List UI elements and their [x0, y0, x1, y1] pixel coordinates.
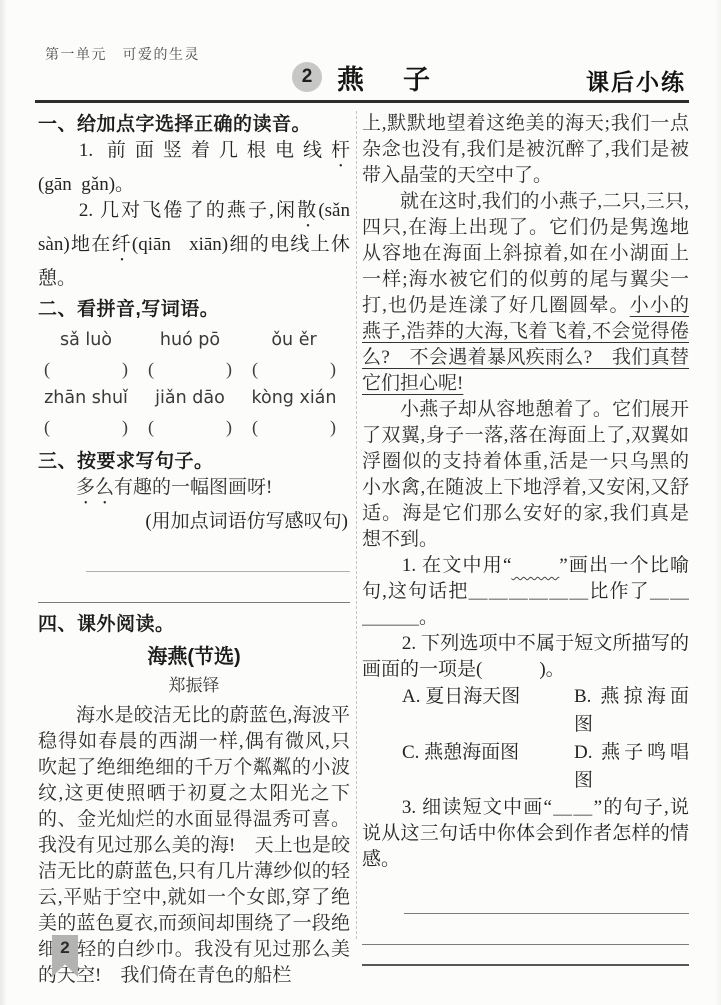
option-c: C. 燕憩海面图 — [402, 739, 574, 795]
answer-bracket: ( ) — [34, 413, 138, 442]
section3-heading: 三、按要求写句子。 — [38, 448, 350, 475]
option-a: A. 夏日海天图 — [402, 683, 574, 739]
example-rest: 有趣的一幅图画呀! — [114, 477, 272, 498]
question-1-text: 1. 在文中用“ — [402, 555, 512, 576]
item1-pinyin-choice: (gān gǎn)。 — [38, 174, 134, 195]
answer-line — [38, 572, 350, 603]
question-1: 1. 在文中用“ ”画出一个比喻句,这句话把＿＿＿＿＿＿比作了＿＿＿＿＿。 — [362, 553, 689, 631]
item2-dotted-char-2: 纤 — [112, 234, 132, 255]
passage-paragraph-1-left: 海水是皎洁无比的蔚蓝色,海波平稳得如春晨的西湖一样,偶有微风,只吹起了绝细绝细的… — [38, 703, 350, 989]
answer-line — [404, 873, 689, 914]
item2-text: 2. 几对飞倦了的燕子,闲 — [79, 200, 297, 221]
section1-item1: 1. 前面竖着几根电线杆(gān gǎn)。 — [38, 138, 350, 198]
section2-heading: 二、看拼音,写词语。 — [38, 296, 350, 323]
wavy-line-blank — [511, 555, 559, 576]
item1-dotted-char: 杆 — [331, 140, 350, 161]
lesson-header: 2 燕 子 课后小练 — [0, 61, 721, 99]
pinyin-word: kòng xián — [242, 384, 346, 413]
straight-line-blank: ＿＿ — [552, 797, 594, 818]
lesson-title: 燕 子 — [337, 58, 436, 97]
pinyin-word: zhān shuǐ — [34, 384, 138, 413]
example-dotted-words: 多么 — [76, 477, 114, 498]
item1-text: 1. 前面竖着几根电线 — [79, 140, 331, 161]
example-sentence: 多么有趣的一幅图画呀! — [38, 475, 350, 509]
question-3: 3. 细读短文中画“＿＿”的句子,说说从这三句话中你体会到作者怎样的情感。 — [362, 795, 689, 873]
pinyin-exercise: sǎ luò huó pō ǒu ěr ( ) ( ) ( ) zhān shu… — [34, 326, 346, 442]
question-3-text: 3. 细读短文中画“ — [402, 797, 552, 818]
option-b: B. 燕掠海面图 — [574, 683, 689, 739]
practice-badge: 课后小练 — [586, 64, 686, 97]
pinyin-word: huó pō — [138, 326, 242, 355]
exercise-hint: (用加点词语仿写感叹句) — [38, 509, 350, 535]
passage-paragraph-2: 就在这时,我们的小燕子,二只,三只,四只,在海上出现了。它们仍是隽逸地从容地在海… — [362, 189, 689, 397]
question-2-options: A. 夏日海天图 B. 燕掠海面图 C. 燕憩海面图 D. 燕子鸣唱图 — [362, 683, 689, 795]
lesson-number-badge: 2 — [292, 62, 322, 92]
answer-line — [362, 914, 689, 945]
passage-paragraph-3: 小燕子却从容地憩着了。它们展开了双翼,身子一落,落在海面上了,双翼如浮圈似的支持… — [362, 397, 689, 553]
section1-heading: 一、给加点字选择正确的读音。 — [38, 111, 350, 138]
header-rule — [35, 100, 689, 103]
column-divider — [356, 111, 357, 939]
question-1-text: 比作了 — [589, 581, 649, 602]
answer-bracket: ( ) — [242, 413, 346, 442]
answer-bracket: ( ) — [34, 355, 138, 384]
pinyin-word: ǒu ěr — [242, 326, 346, 355]
answer-bracket: ( ) — [138, 413, 242, 442]
two-column-body: 一、给加点字选择正确的读音。 1. 前面竖着几根电线杆(gān gǎn)。 2.… — [38, 111, 689, 939]
right-column: 上,默默地望着这绝美的海天;我们一点杂念也没有,我们是被沉醉了,我们是被带入晶莹… — [362, 111, 689, 939]
pinyin-word: jiǎn dāo — [138, 384, 242, 413]
question-1-text: 。 — [419, 607, 438, 628]
fill-in-blank: ＿＿＿＿＿＿ — [469, 581, 590, 602]
section4-heading: 四、课外阅读。 — [38, 611, 350, 638]
section1-item2: 2. 几对飞倦了的燕子,闲散(sǎn sàn)地在纤(qiān xiān)细的电… — [38, 198, 350, 292]
item2-dotted-char-1: 散 — [297, 200, 318, 221]
answer-bracket: ( ) — [138, 355, 242, 384]
answer-line — [86, 535, 350, 572]
pinyin-word: sǎ luò — [34, 326, 138, 355]
question-2: 2. 下列选项中不属于短文所描写的画面的一项是( )。 — [362, 631, 689, 683]
passage-paragraph-1-right: 上,默默地望着这绝美的海天;我们一点杂念也没有,我们是被沉醉了,我们是被带入晶莹… — [362, 111, 689, 189]
passage-title: 海燕(节选) — [38, 643, 350, 671]
answer-bracket: ( ) — [242, 355, 346, 384]
workbook-page: 第一单元 可爱的生灵 2 燕 子 课后小练 一、给加点字选择正确的读音。 1. … — [0, 0, 721, 1005]
left-column: 一、给加点字选择正确的读音。 1. 前面竖着几根电线杆(gān gǎn)。 2.… — [38, 111, 350, 939]
option-d: D. 燕子鸣唱图 — [574, 739, 689, 795]
answer-line — [362, 945, 689, 966]
passage-author: 郑振铎 — [38, 673, 350, 699]
